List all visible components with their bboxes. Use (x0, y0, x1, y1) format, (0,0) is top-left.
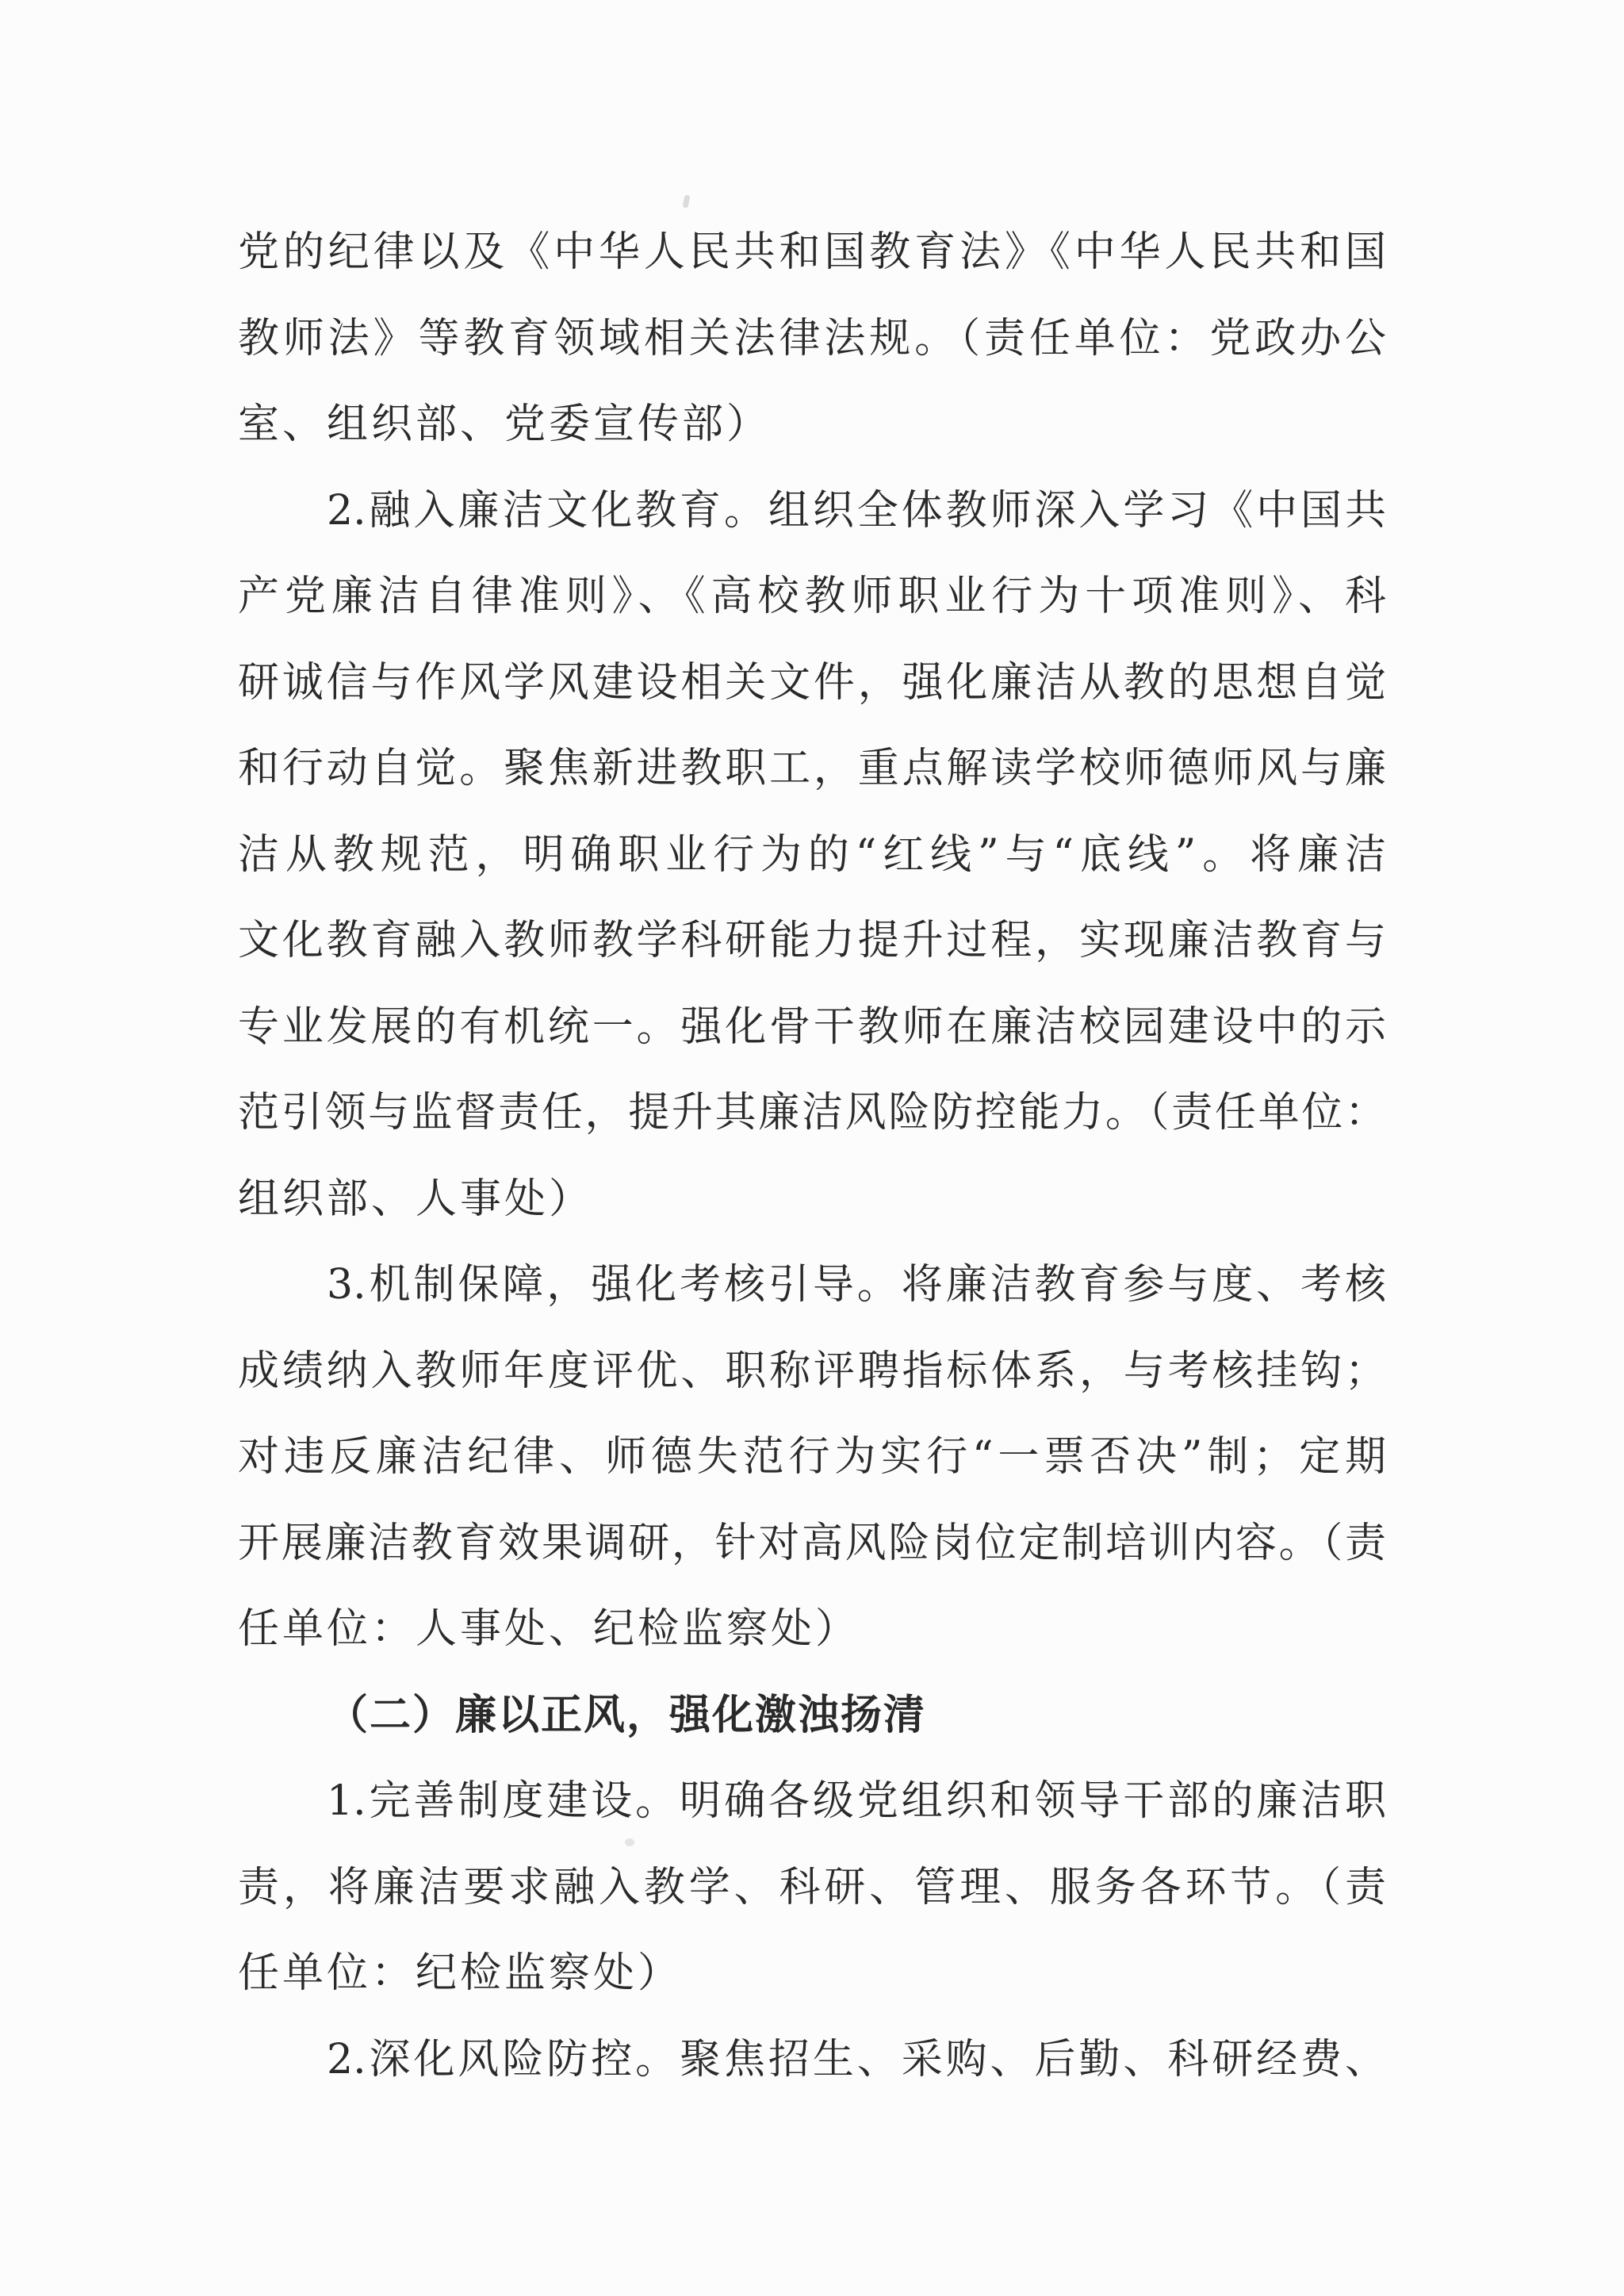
text-line: 2.深化风险防控。聚焦招生、采购、后勤、科研经费、 (238, 2017, 1386, 2103)
text-line: 责，将廉洁要求融入教学、科研、管理、服务各环节。（责 (238, 1845, 1386, 1931)
text-line: 开展廉洁教育效果调研，针对高风险岗位定制培训内容。（责 (238, 1501, 1386, 1587)
text-line: 洁从教规范，明确职业行为的“红线”与“底线”。将廉洁 (238, 812, 1386, 899)
text-line: 和行动自觉。聚焦新进教职工，重点解读学校师德师风与廉 (238, 726, 1386, 812)
document-page: 党的纪律以及《中华人民共和国教育法》《中华人民共和国教师法》等教育领域相关法律法… (0, 0, 1624, 2296)
text-line: 文化教育融入教师教学科研能力提升过程，实现廉洁教育与 (238, 898, 1386, 984)
text-line: 组织部、人事处） (238, 1156, 1386, 1243)
document-body: 党的纪律以及《中华人民共和国教育法》《中华人民共和国教师法》等教育领域相关法律法… (238, 209, 1386, 2102)
text-line: 室、组织部、党委宣传部） (238, 381, 1386, 468)
scan-artifact-speck (682, 194, 690, 208)
text-line: 党的纪律以及《中华人民共和国教育法》《中华人民共和国 (238, 209, 1386, 296)
text-line: 范引领与监督责任，提升其廉洁风险防控能力。（责任单位： (238, 1070, 1386, 1156)
text-line: 产党廉洁自律准则》、《高校教师职业行为十项准则》、科 (238, 554, 1386, 640)
section-heading: （二）廉以正风，强化激浊扬清 (238, 1673, 1386, 1759)
text-line: 教师法》等教育领域相关法律法规。（责任单位：党政办公 (238, 296, 1386, 382)
text-line: 2.融入廉洁文化教育。组织全体教师深入学习《中国共 (238, 468, 1386, 554)
text-line: 研诚信与作风学风建设相关文件，强化廉洁从教的思想自觉 (238, 640, 1386, 726)
text-line: 任单位：纪检监察处） (238, 1930, 1386, 2017)
text-line: 3.机制保障，强化考核引导。将廉洁教育参与度、考核 (238, 1242, 1386, 1328)
text-line: 对违反廉洁纪律、师德失范行为实行“一票否决”制；定期 (238, 1414, 1386, 1501)
text-line: 成绩纳入教师年度评优、职称评聘指标体系，与考核挂钩； (238, 1328, 1386, 1415)
text-line: 1.完善制度建设。明确各级党组织和领导干部的廉洁职 (238, 1758, 1386, 1845)
text-line: 任单位：人事处、纪检监察处） (238, 1586, 1386, 1673)
text-line: 专业发展的有机统一。强化骨干教师在廉洁校园建设中的示 (238, 984, 1386, 1071)
